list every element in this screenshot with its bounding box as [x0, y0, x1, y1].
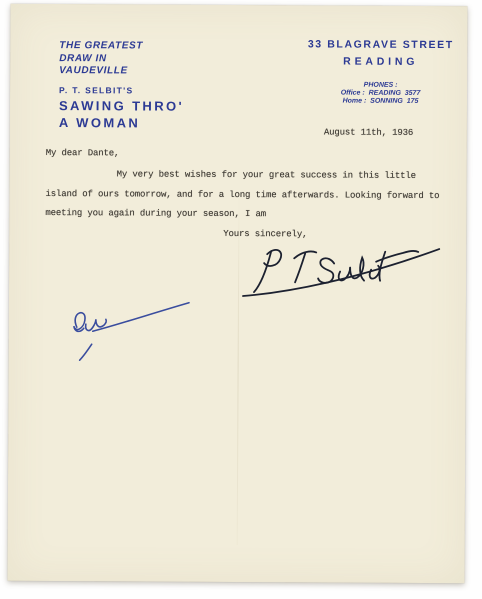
ink-annotation	[61, 300, 193, 363]
date-line: August 11th, 1936	[324, 127, 413, 137]
salutation: My dear Dante,	[46, 148, 120, 158]
address-line-2: READING	[288, 55, 473, 68]
letterhead-left-block: THE GREATEST DRAW IN VAUDEVILLE P. T. SE…	[59, 40, 185, 130]
letterhead-right-block: 33 BLAGRAVE STREET READING PHONES : Offi…	[288, 38, 473, 106]
phones-block: PHONES : Office : READING 3577 Home : SO…	[288, 81, 473, 106]
show-title-line-1: SAWING THRO'	[59, 99, 184, 114]
slogan-line-3: VAUDEVILLE	[59, 65, 184, 78]
scanned-letter: THE GREATEST DRAW IN VAUDEVILLE P. T. SE…	[0, 0, 482, 599]
body-line-1: My very best wishes for your great succe…	[117, 169, 416, 181]
signature-ink	[237, 241, 447, 304]
show-title-line-2: A WOMAN	[59, 116, 184, 131]
address-line-1: 33 BLAGRAVE STREET	[288, 38, 473, 51]
owner-line: P. T. SELBIT'S	[59, 85, 184, 96]
slogan-line-1: THE GREATEST	[59, 40, 184, 53]
body-line-2: island of ours tomorrow, and for a long …	[45, 189, 439, 201]
letter-paper: THE GREATEST DRAW IN VAUDEVILLE P. T. SE…	[7, 4, 467, 583]
closing: Yours sincerely,	[223, 229, 307, 239]
phone-home: Home : SONNING 175	[288, 97, 473, 106]
body-line-3: meeting you again during your season, I …	[45, 208, 266, 219]
slogan-line-2: DRAW IN	[59, 53, 184, 66]
